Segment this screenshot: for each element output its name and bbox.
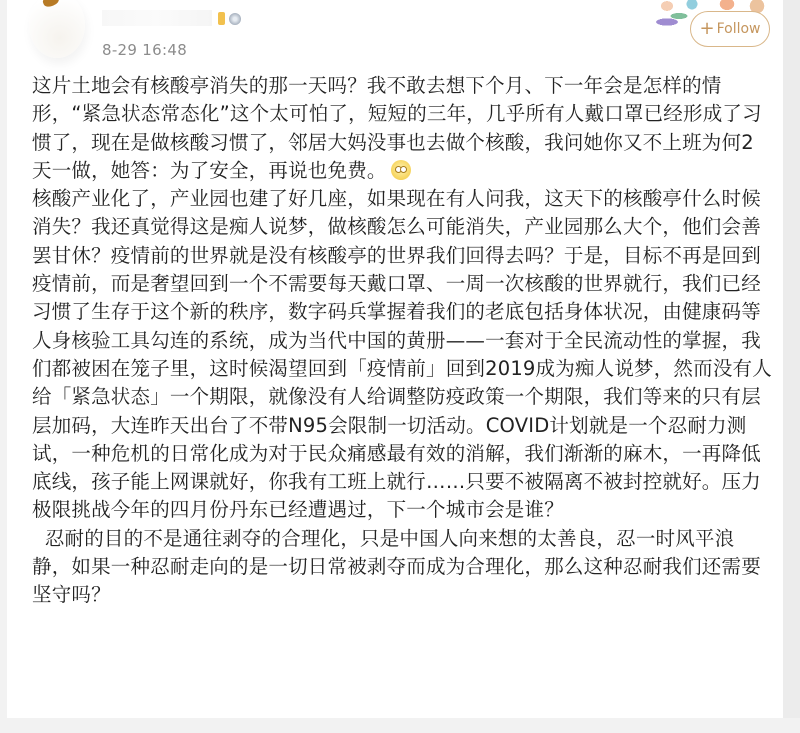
author-name[interactable] (102, 10, 212, 26)
page-margin-bottom (0, 718, 800, 733)
smile-emoji-icon (391, 160, 411, 180)
vip-badge-icon (218, 12, 225, 25)
post-timestamp: 8-29 16:48 (102, 41, 187, 59)
author-avatar[interactable] (29, 0, 85, 58)
page-margin-left (0, 0, 7, 718)
follow-label: Follow (717, 21, 761, 37)
post-paragraph: 忍耐的目的不是通往剥夺的合理化，只是中国人向来想的太善良，忍一时风平浪静，如果一… (32, 525, 772, 610)
page-scroll-gutter (783, 0, 800, 733)
post-card: 8-29 16:48 + Follow 这片土地会有核酸亭消失的那一天吗？我不敢… (7, 0, 783, 718)
post-paragraph: 核酸产业化了，产业园也建了好几座，如果现在有人问我，这天下的核酸亭什么时候消失？… (32, 185, 772, 525)
medal-badge-icon (229, 13, 241, 25)
post-body: 这片土地会有核酸亭消失的那一天吗？我不敢去想下个月、下一年会是怎样的情形，“紧急… (32, 72, 772, 610)
plus-icon: + (699, 20, 714, 38)
post-paragraph: 这片土地会有核酸亭消失的那一天吗？我不敢去想下个月、下一年会是怎样的情形，“紧急… (32, 72, 772, 185)
follow-button[interactable]: + Follow (690, 11, 770, 47)
